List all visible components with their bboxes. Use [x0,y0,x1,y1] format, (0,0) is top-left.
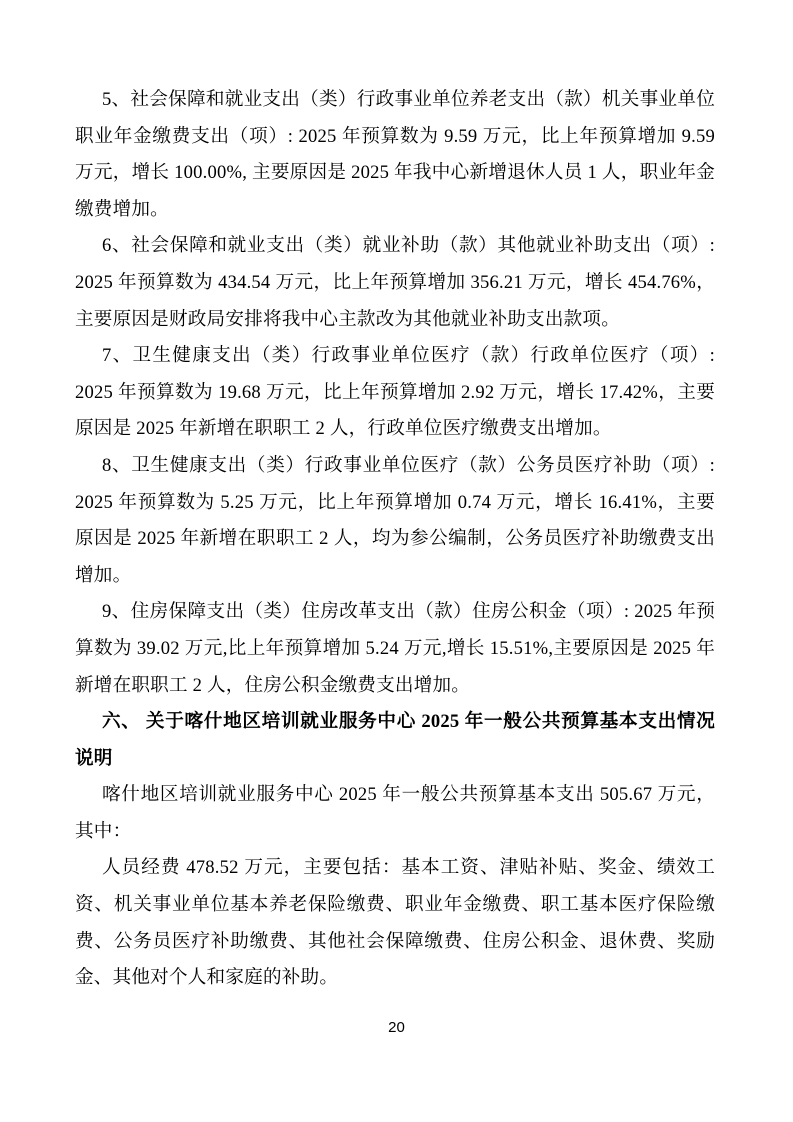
page-number: 20 [0,1019,793,1036]
section-heading-six: 六、 关于喀什地区培训就业服务中心 2025 年一般公共预算基本支出情况说明 [75,704,715,777]
paragraph-item-7: 7、卫生健康支出（类）行政事业单位医疗（款）行政单位医疗（项）: 2025 年预… [75,338,715,448]
document-body: 5、社会保障和就业支出（类）行政事业单位养老支出（款）机关事业单位职业年金缴费支… [75,82,715,997]
paragraph-item-6: 6、社会保障和就业支出（类）就业补助（款）其他就业补助支出（项）: 2025 年… [75,228,715,338]
paragraph-total-basic-expenditure: 喀什地区培训就业服务中心 2025 年一般公共预算基本支出 505.67 万元，… [75,777,715,850]
document-page: 5、社会保障和就业支出（类）行政事业单位养老支出（款）机关事业单位职业年金缴费支… [0,0,793,1122]
paragraph-item-8: 8、卫生健康支出（类）行政事业单位医疗（款）公务员医疗补助（项）: 2025 年… [75,448,715,594]
paragraph-personnel-expense: 人员经费 478.52 万元，主要包括：基本工资、津贴补贴、奖金、绩效工资、机关… [75,850,715,996]
paragraph-item-9: 9、住房保障支出（类）住房改革支出（款）住房公积金（项）: 2025 年预算数为… [75,594,715,704]
paragraph-item-5: 5、社会保障和就业支出（类）行政事业单位养老支出（款）机关事业单位职业年金缴费支… [75,82,715,228]
